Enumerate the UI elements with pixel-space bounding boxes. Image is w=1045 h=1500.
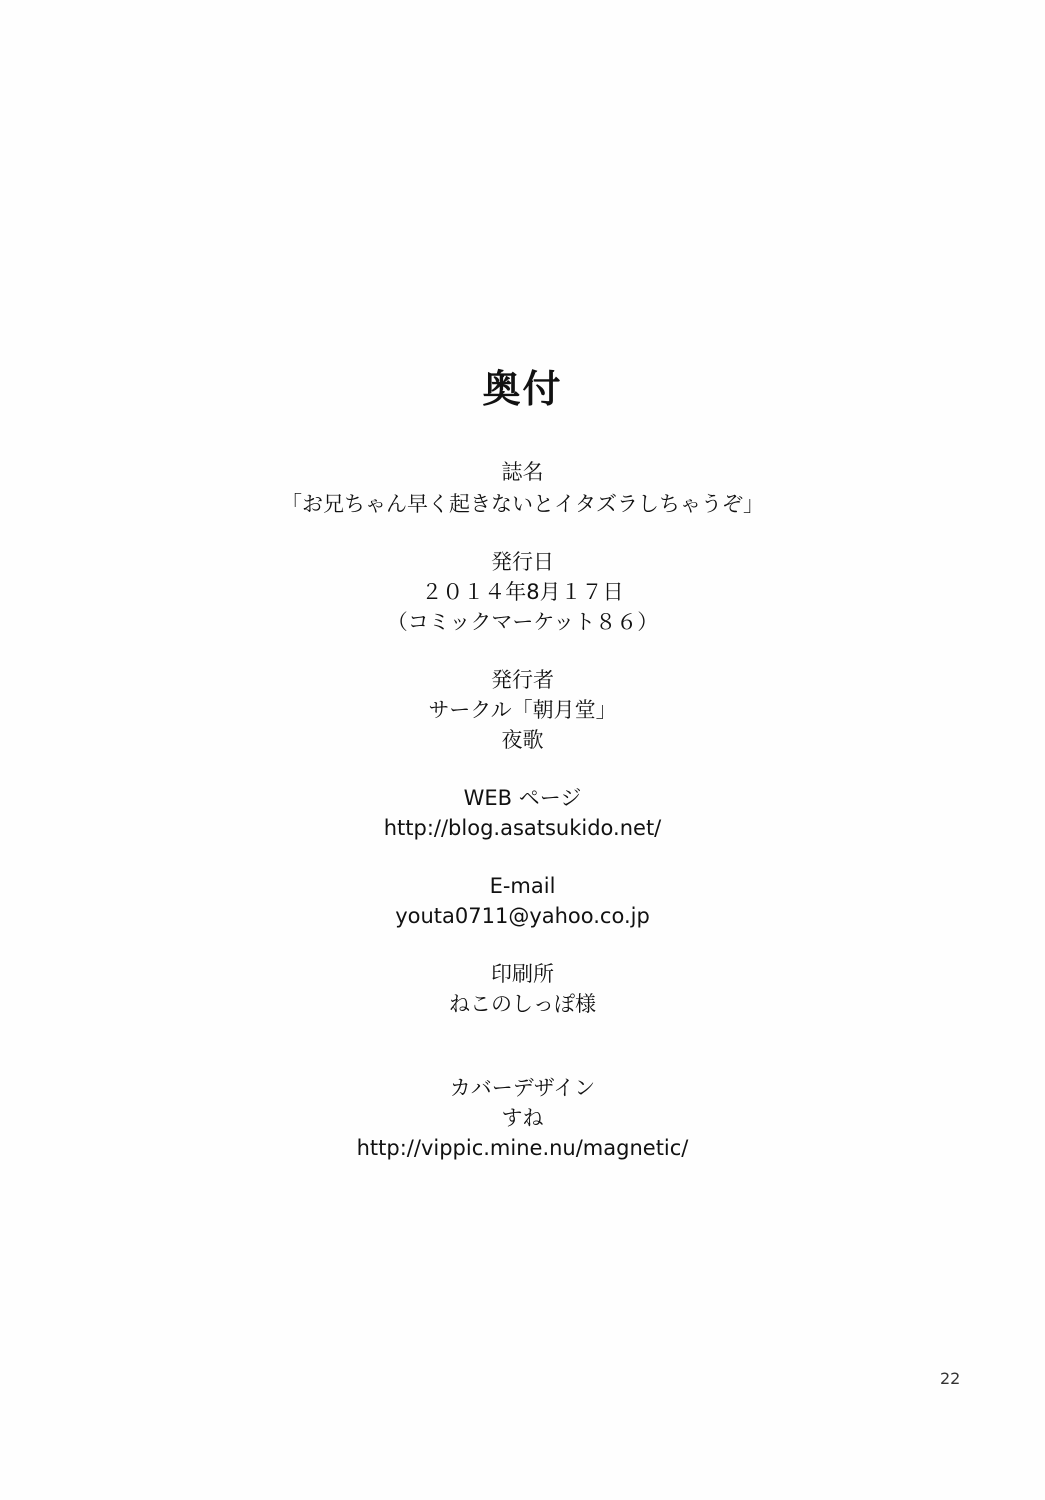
cover-designer-name: すね [0,1108,1045,1129]
email-address[interactable]: youta0711@yahoo.co.jp [0,906,1045,927]
cover-designer-url[interactable]: http://vippic.mine.nu/magnetic/ [0,1138,1045,1159]
publisher-circle-value: サークル「朝月堂」 [0,700,1045,721]
colophon-title: 奥付 [0,370,1045,408]
cover-design-label: カバーデザイン [0,1078,1045,1099]
magazine-name-value: 「お兄ちゃん早く起きないとイタズラしちゃうぞ」 [0,494,1045,515]
publisher-author-value: 夜歌 [0,730,1045,751]
publish-date-value: ２０１４年8月１７日 [0,582,1045,603]
page-number: 22 [940,1369,960,1388]
publish-event-value: （コミックマーケット８６） [0,612,1045,633]
colophon-page: 奥付 誌名 「お兄ちゃん早く起きないとイタズラしちゃうぞ」 発行日 ２０１４年8… [0,0,1045,1500]
magazine-name-label: 誌名 [0,462,1045,483]
publish-date-label: 発行日 [0,552,1045,573]
web-page-url[interactable]: http://blog.asatsukido.net/ [0,818,1045,839]
web-page-label: WEB ページ [0,788,1045,809]
printer-label: 印刷所 [0,964,1045,985]
printer-value: ねこのしっぽ様 [0,994,1045,1015]
publisher-label: 発行者 [0,670,1045,691]
email-label: E-mail [0,876,1045,897]
